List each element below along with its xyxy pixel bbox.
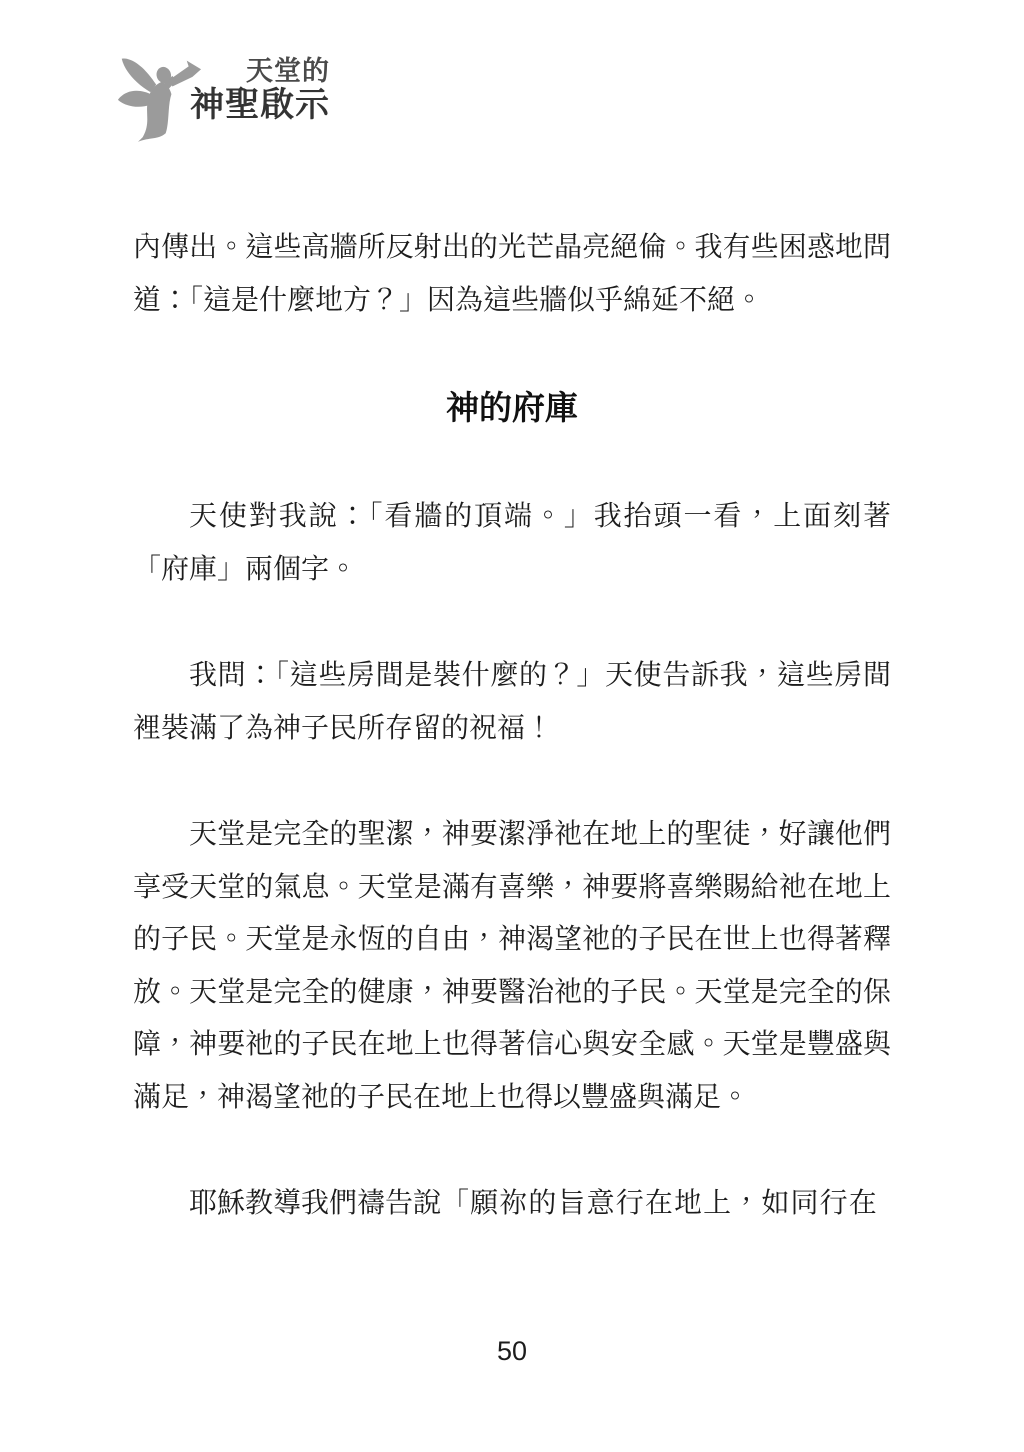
scripture-quote-text: 「願祢的旨意行在地上，如同行在 [441,1188,878,1219]
logo-title: 天堂的 神聖啟示 [150,58,330,123]
page-number: 50 [133,1336,891,1367]
page-content: 內傳出。這些高牆所反射出的光芒晶亮絕倫。我有些困惑地問道：「這是什麼地方？」因為… [133,222,891,1285]
logo-title-line2: 神聖啟示 [150,89,330,123]
section-heading: 神的府庫 [133,381,891,437]
paragraph-continuation: 內傳出。這些高牆所反射出的光芒晶亮絕倫。我有些困惑地問道：「這是什麼地方？」因為… [133,222,891,327]
book-logo: 天堂的 神聖啟示 [116,46,326,146]
book-page: 天堂的 神聖啟示 內傳出。這些高牆所反射出的光芒晶亮絕倫。我有些困惑地問道：「這… [0,0,1024,1452]
paragraph-with-scripture-quote: 耶穌教導我們禱告說「願祢的旨意行在地上，如同行在 [133,1178,891,1231]
paragraph: 天堂是完全的聖潔，神要潔淨祂在地上的聖徒，好讓他們享受天堂的氣息。天堂是滿有喜樂… [133,809,891,1124]
paragraph-lead-text: 耶穌教導我們禱告說 [189,1188,441,1219]
paragraph: 天使對我說：「看牆的頂端。」我抬頭一看，上面刻著「府庫」兩個字。 [133,491,891,596]
logo-title-line1: 天堂的 [150,58,330,85]
paragraph: 我問：「這些房間是裝什麼的？」天使告訴我，這些房間裡裝滿了為神子民所存留的祝福！ [133,650,891,755]
